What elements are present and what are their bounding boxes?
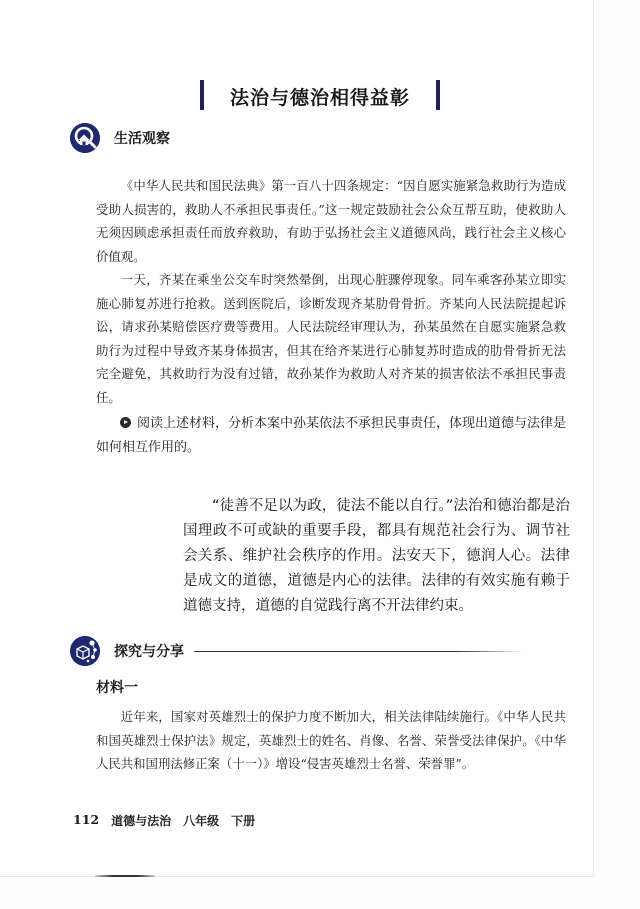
section-label-explore: 探究与分享 [114, 641, 184, 661]
section-header-observe: 生活观察 [70, 123, 170, 153]
footer-grade: 八年级 [183, 812, 219, 829]
question-text: 阅读上述材料，分析本案中孙某依法不承担民事责任，体现出道德与法律是如何相互作用的… [96, 416, 566, 455]
cube-molecule-icon [70, 636, 100, 666]
paragraph-civil-code: 《中华人民共和国民法典》第一百八十四条规定：“因自愿实施紧急救助行为造成受助人损… [96, 174, 566, 268]
question-prompt: 阅读上述材料，分析本案中孙某依法不承担民事责任，体现出道德与法律是如何相互作用的… [96, 412, 566, 460]
page-edge-mark [95, 875, 155, 877]
paragraph-material-one: 近年来，国家对英雄烈士的保护力度不断加大，相关法律陆续施行。《中华人民共和国英雄… [96, 705, 566, 776]
footer-subject: 道德与法治 [111, 812, 171, 829]
section-divider [194, 651, 524, 652]
textbook-page: 法治与德治相得益彰 生活观察 《中华人民共和国民法典》第一百八十四条规定：“因自… [0, 0, 594, 877]
footer-volume: 下册 [231, 812, 255, 829]
title-bar-right [436, 80, 440, 110]
play-circle-icon [120, 417, 131, 428]
page-footer: 112 道德与法治 八年级 下册 [73, 812, 255, 829]
paragraph-case: 一天，齐某在乘坐公交车时突然晕倒，出现心脏骤停现象。同车乘客孙某立即实施心肺复苏… [96, 268, 566, 409]
section-label-observe: 生活观察 [114, 128, 170, 148]
material-title: 材料一 [96, 677, 138, 697]
page-number: 112 [73, 812, 99, 829]
page-title-block: 法治与德治相得益彰 [200, 78, 440, 114]
page-title: 法治与德治相得益彰 [200, 83, 440, 110]
section-header-explore: 探究与分享 [70, 636, 570, 666]
magnifier-house-icon [70, 123, 100, 153]
summary-quote: “徒善不足以为政，徒法不能以自行。”法治和德治都是治国理政不可或缺的重要手段，都… [183, 494, 570, 619]
